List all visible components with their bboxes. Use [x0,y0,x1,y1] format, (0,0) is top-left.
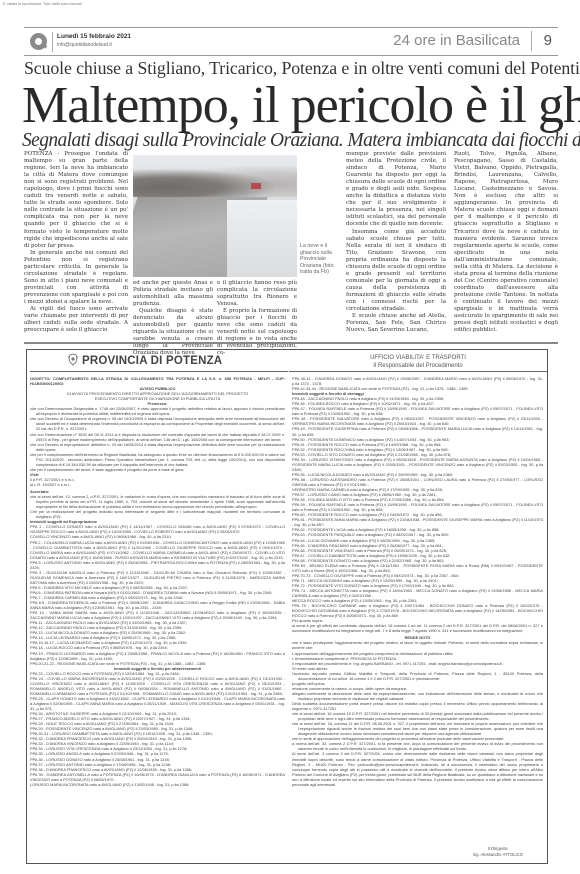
parcel-entry: PPA 39 - D'ANDREA ANTONELLA nato a POTEN… [30,772,285,782]
parcel-entry: PPA 3 - LORUSSO ANTONIO nato a AVIGLIANO… [30,560,285,570]
parcel-entry: PPA 61 - POSSIDENTE ANNA MARIA nato a Av… [292,517,543,527]
paragraph: E scuole chiuse anche ad Atella, Forenza… [346,313,446,334]
notice-org-name: PROVINCIA DI POTENZA [82,355,222,367]
parcel-entry: PPA 10 - SABIA ANNA MARIA nato a AVIGLIA… [30,610,285,620]
notice-office: UFFICIO VIABILITA' E TRASPORTI Il Respon… [289,354,547,370]
provincia-crest-icon [67,353,79,367]
notice-header-rule [30,371,288,372]
premesso-item: che con Decreto di espropriazione defini… [30,442,285,452]
public-notice-box: PROVINCIA DI POTENZA OGGETTO: COMPLETAME… [26,349,548,864]
notice-right-column: UFFICIO VIABILITA' E TRASPORTI Il Respon… [289,350,547,863]
photo-road-sign [251,183,261,189]
parcel-entry: PPA 59 - FOLINEA RAFFAELE nato a Potenza… [292,502,543,512]
parcel-entry: PPA 19 - FRANCO LEONARDO nato a Aviglian… [30,651,285,661]
per-quanto-text: ai sensi e per gli effetti del combinato… [292,623,543,633]
article-column-2: ed anche per questo Anas e Polizia strad… [133,280,213,358]
si-rende-item: allegato contenente la descrizione delle… [292,691,543,701]
premesso-item: che per il completamento dell'intervento… [30,452,285,467]
parcel-entry: PPA 48 - POSSIDENTE SALVATORE nato a Avi… [292,416,543,426]
article-column-3: e il ghiaccio hanno reso più complicata … [217,280,297,358]
paragraph: e il ghiaccio hanno reso più complicata … [217,280,297,308]
parcel-entry: PPA 2 - COLANGELO MARIA LUCIA nato a AVI… [30,540,285,560]
paragraph: POTENZA - Prosegue l'ondata di maltempo … [24,151,128,250]
parcel-entry: PPA 75 - BOCHICCHIO CARMINE nato a Avigl… [292,603,543,618]
parcel-entry: PPA 69 - BRUNO ELENA nato a Potenza (PA)… [292,563,543,573]
header-top-rule [24,27,558,28]
section-divider [24,342,558,344]
header-bottom-rule [24,55,558,56]
article-column-5: Ruoti, Tolve, Pignola, Albano, Pescopaga… [454,151,558,334]
paragraph: ed anche per questo Anas e Polizia strad… [133,280,213,308]
final-item: a norma dell'art. 32, comma 2 D.P.R. 327… [292,741,543,751]
article-subheadline: Segnalati disagi sulla Provinciale Orazi… [22,130,562,152]
parcel-entry: PPA 49 - POSSIDENTE GIUSEPPINA nato a Po… [292,426,543,436]
photo-snowbank [227,200,297,277]
header-divider [52,32,53,52]
parcel-entry: LORUSSO MARIA INCORONATA nato a AVIGLIAN… [30,782,285,787]
paragraph: In generale anche nei comuni del Potenti… [24,250,128,306]
article-kicker: Scuole chiuse a Stigliano, Tricarico, Po… [24,58,558,79]
final-item: che ai sensi dell'art. 16, comma 11 del … [292,721,543,736]
parcel-entry: PPA 24 - COVIELLO MARIA INCORONATA nato … [30,676,285,696]
article-photo-snowy-road [133,155,297,277]
contact-email[interactable]: info@quotidianodelsud.it [57,42,112,48]
paragraph: Ai vigili del fuoco sono arrivate varie … [24,306,128,334]
rende-noto-intro: che è stato predisposto l'aggiornamento … [292,640,543,650]
page-number-divider [531,31,532,51]
parcel-entry: PPA 74 - MECCA ANTONIETTA nato a Aviglia… [292,588,543,598]
page-number: 9 [544,32,552,49]
notice-signature: Il Dirigente Ing. Alessandro ATTOLICO [473,846,523,857]
section-title: 24 ore in Basilicata [393,32,520,49]
photo-trees [133,165,297,197]
si-rende-item: l'avvenuto deposito presso l'Ufficio Via… [292,671,543,681]
newspaper-logo-icon [30,33,47,50]
paragraph: Insomma come già accaduto sabato scuole … [346,229,446,314]
premesso-item: che con Determinazione Dirigenziale n. 1… [30,406,285,416]
article-column-1: POTENZA - Prosegue l'ondata di maltempo … [24,151,128,334]
notice-header-rule-right [289,371,547,372]
visti-item: la L.R. 19/2007 e s.m.i.; [30,482,285,487]
parcel-entry: PPA 25 - CLAPS DONATO nato a Avigliano i… [30,696,285,711]
parcel-entry: PPA 1 - COVIELLO DONATO nato a AVIGLIANO… [30,524,285,534]
notice-body-left: OGGETTO: COMPLETAMENTO DELLA STRADA DI C… [30,376,285,787]
parcel-entry: PPA 54 - LORUSSO VITANTONIO nato a Avigl… [292,457,543,472]
issue-date: Lunedì 15 febbraio 2021 [57,33,131,40]
parcel-entry: PPA 56 - LORUSSO ALESSANDRO nato a Poten… [292,477,543,487]
notice-left-column: PROVINCIA DI POTENZA OGGETTO: COMPLETAME… [27,350,288,863]
parcel-entry: PPA 8-9 - D'ANDREA FEDERICA nato a Poten… [30,600,285,610]
parcel-entry: PPA 4 - GUGLIELMI ANGELO nato a Potenza … [30,570,285,585]
closing-text: Ai sensi dell'art. 3 comma 3 del D.P.R. … [292,751,543,786]
parcel-entry: PPA 47 - FOLINEA RAFFAELE nato a Potenza… [292,406,543,416]
article-column-4: munque previste dalle previsioni meteo d… [346,151,446,334]
signature-name: Ing. Alessandro ATTOLICO [473,852,523,858]
final-item: che ai sensi dell'art. 16 comma 10 D.P.R… [292,711,543,721]
copyright-notice: E' vietata la riproduzione. Tutti i diri… [3,2,82,6]
paragraph: Ruoti, Tolve, Pignola, Albano, Pescopaga… [454,151,558,334]
premesso-item: che con Decreto di Occupazione di urgenz… [30,416,285,431]
photo-caption: La neve e il ghiaccio sulla Provinciale … [300,243,340,276]
page-header: Lunedì 15 febbraio 2021 info@quotidianod… [24,30,558,54]
premesso-item: che con Determinazione n° 3532 del 08.11… [30,432,285,442]
office-name: UFFICIO VIABILITA' E TRASPORTI [289,354,547,362]
article-headline: Maltempo, il pericolo è il ghiaccio [22,77,562,135]
documentation-note: Della suddetta documentazione potrà esse… [292,701,543,711]
office-responsible: Il Responsabile del Procedimento [289,362,547,370]
oggetto-text: COMPLETAMENTO DELLA STRADA DI COLLEGAMEN… [30,376,285,386]
paragraph: munque previste dalle previsioni meteo d… [346,151,446,229]
parcel-entry: PPA 40-41 - D'ANDREA DONATO nato a AVIGL… [292,376,543,386]
notice-body-right: PPA 40-41 - D'ANDREA DONATO nato a AVIGL… [292,376,543,787]
accertato-item: Che per la realizzazione del progetto in… [30,509,285,519]
accertato-item: che ai sensi dell'art. 12, comma 2, d.P.… [30,494,285,509]
